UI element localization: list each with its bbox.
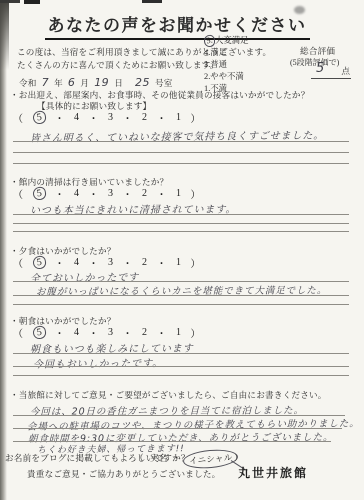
rating-1: 1	[176, 327, 182, 338]
rating-5-selected: 5	[31, 255, 46, 270]
legend-item-5: 5. 大変満足	[204, 35, 249, 47]
question-3-rating-scale: （ 5 ・ 4 ・ 3 ・ 2 ・ 1 ）	[13, 255, 201, 270]
month-label: 月	[80, 77, 89, 89]
thanks-text: 貴重なご意見・ご協力ありがとうございました。	[27, 468, 220, 480]
title-block: あなたの声をお聞かせください	[0, 11, 354, 40]
rating-3: 3	[108, 188, 114, 199]
rating-3: 3	[108, 112, 114, 123]
year-value: 7	[42, 76, 50, 89]
answer-rule-line	[13, 366, 349, 367]
answer-rule-line	[13, 231, 349, 232]
inn-name: 丸世井旅館	[238, 464, 308, 481]
day-label: 日	[114, 77, 123, 89]
question-4-rating-scale: （ 5 ・ 4 ・ 3 ・ 2 ・ 1 ）	[13, 325, 201, 340]
legend-item-3: 3.普通	[204, 59, 249, 71]
answer-rule-line	[13, 353, 349, 354]
answer-rule-line	[13, 214, 349, 215]
rating-3: 3	[108, 327, 114, 338]
rating-1: 1	[176, 257, 182, 268]
scan-mark-top-1	[24, 0, 40, 4]
rating-1: 1	[176, 112, 182, 123]
overall-score-value: 5	[316, 61, 325, 76]
day-value: 19	[94, 76, 109, 89]
initial-selected-circle: イニシャル	[182, 447, 239, 470]
rating-2: 2	[142, 327, 148, 338]
blog-option-initial: イニシャル	[189, 451, 233, 465]
year-label: 年	[54, 77, 63, 89]
rating-4: 4	[74, 188, 80, 199]
rating-1: 1	[176, 188, 182, 199]
rating-5-selected: 5	[31, 325, 46, 340]
legend-5-circle: 5.	[203, 34, 216, 48]
overall-score-line: 5 点	[311, 61, 351, 79]
scan-shadow-left	[0, 0, 7, 500]
legend-item-4: 4.満足	[204, 47, 249, 59]
free-comment-prompt: ・当旅館に対してご意見・ご要望がございましたら、ご自由にお書きください。	[10, 389, 327, 401]
answer-rule-line	[13, 163, 349, 164]
answer-rule-line	[13, 375, 349, 376]
question-1-rating-scale: （ 5 ・ 4 ・ 3 ・ 2 ・ 1 ）	[13, 110, 201, 125]
question-3-answer-line-1: 全ておいしかったです	[30, 268, 139, 284]
rating-5-selected: 5	[31, 186, 46, 201]
intro-line-2: たくさんの方に喜んで頂くためにお願い致します。	[17, 59, 219, 71]
blog-option-initial-wrap: イニシャル	[183, 448, 238, 468]
answer-rule-line	[13, 304, 349, 305]
question-2-rating-scale: （ 5 ・ 4 ・ 3 ・ 2 ・ 1 ）	[13, 186, 201, 201]
overall-score-unit: 点	[341, 65, 350, 77]
survey-sheet: あなたの声をお聞かせください この度は、当宿をご利用頂きまして誠にありがとうござ…	[0, 0, 364, 500]
answer-rule-line	[13, 295, 349, 296]
answer-rule-line	[13, 141, 349, 142]
legend-5-label: 大変満足	[215, 36, 249, 45]
question-4-answer-line-2: 今回もおいしかったです。	[33, 354, 163, 370]
era-label: 令和	[19, 77, 37, 89]
answer-rule-line	[13, 223, 349, 224]
rating-4: 4	[74, 327, 80, 338]
legend-item-2: 2.やや不満	[204, 71, 249, 83]
rating-2: 2	[142, 257, 148, 268]
rating-2: 2	[142, 112, 148, 123]
legend-5-num: 5.	[205, 35, 213, 48]
overall-rating-title: 総合評価	[300, 45, 335, 57]
answer-rule-line	[13, 152, 349, 153]
satisfaction-legend: 5. 大変満足 4.満足 3.普通 2.やや不満 1.不満	[204, 35, 249, 95]
blog-option-real-name: 実名	[150, 452, 168, 464]
blog-option-separator: ・	[172, 452, 181, 464]
scan-mark-corner	[0, 0, 20, 3]
date-line: 令和 7 年 6 月 19 日 25 号室	[19, 76, 173, 89]
rating-4: 4	[74, 257, 80, 268]
page-title: あなたの声をお聞かせください	[45, 11, 310, 40]
blog-paren-close: ）	[234, 452, 243, 464]
blog-paren-open: （	[135, 452, 144, 464]
rating-5-selected: 5	[31, 110, 46, 125]
rating-4: 4	[74, 112, 80, 123]
month-value: 6	[68, 76, 76, 89]
rating-3: 3	[108, 257, 114, 268]
room-value: 25	[135, 76, 150, 89]
room-label: 号室	[155, 77, 173, 89]
scan-mark-top-2	[142, 0, 162, 3]
rating-2: 2	[142, 188, 148, 199]
